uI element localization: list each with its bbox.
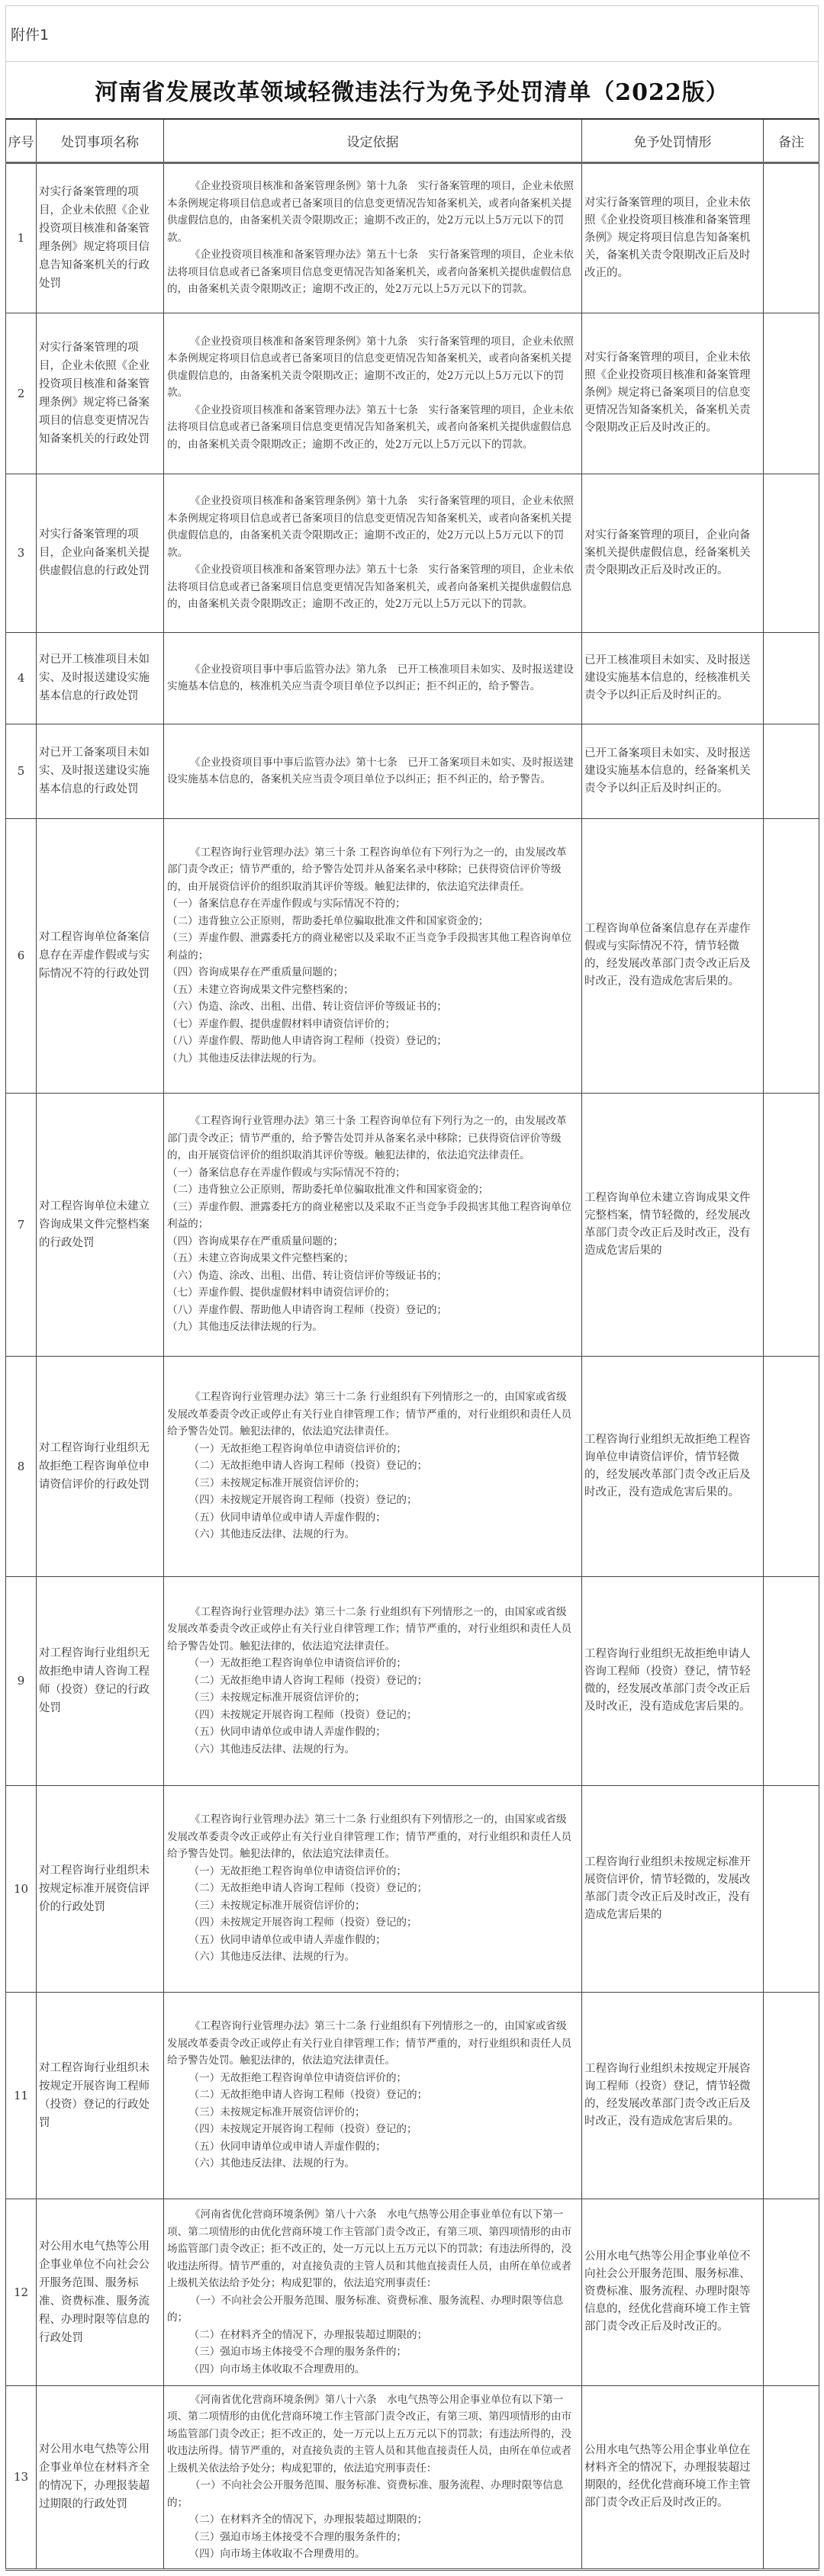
basis-item: （四）未按规定开展咨询工程师（投资）登记的； [167,2121,577,2138]
basis-paragraph: 《河南省优化营商环境条例》第八十六条 水电气热等公用企事业单位有以下第一项、第二… [167,2206,577,2292]
cell-seq: 8 [6,1356,37,1576]
cell-penalty-name: 对工程咨询行业组织未按规定标准开展资信评价的行政处罚 [37,1785,164,1992]
cell-penalty-name: 对工程咨询行业组织未按规定开展咨询工程师（投资）登记的行政处罚 [37,1992,164,2199]
cell-legal-basis: 《企业投资项目核准和备案管理条例》第十九条 实行备案管理的项目，企业未依照本条例… [164,313,582,474]
basis-item: （八）弄虚作假、帮助他人申请咨询工程师（投资）登记的； [167,1302,577,1319]
cell-seq: 11 [6,1992,37,2199]
basis-item: （七）弄虚作假、提供虚假材料申请资信评价的； [167,1284,577,1302]
cell-remark [764,2385,819,2569]
basis-item: （一）备案信息存在弄虚作假或与实际情况不符的； [167,895,577,913]
basis-item: （四）未按规定开展咨询工程师（投资）登记的； [167,1914,577,1932]
cell-legal-basis: 《企业投资项目事中事后监管办法》第九条 已开工核准项目未如实、及时报送建设实施基… [164,632,582,724]
cell-legal-basis: 《河南省优化营商环境条例》第八十六条 水电气热等公用企事业单位有以下第一项、第二… [164,2199,582,2385]
cell-penalty-name: 对工程咨询行业组织无故拒绝申请人咨询工程师（投资）登记的行政处罚 [37,1576,164,1785]
basis-paragraph: 《企业投资项目核准和备案管理办法》第五十七条 实行备案管理的项目，企业未依法将项… [167,246,577,298]
basis-item: （六）其他违反法律、法规的行为。 [167,1741,577,1759]
cell-penalty-name: 对工程咨询行业组织无故拒绝工程咨询单位申请资信评价的行政处罚 [37,1356,164,1576]
table-body: 1对实行备案管理的项目，企业未依照《企业投资项目核准和备案管理条例》规定将项目信… [6,162,819,2569]
document-title: 河南省发展改革领域轻微违法行为免予处罚清单（2022版） [5,62,819,118]
basis-item: （一）备案信息存在弄虚作假或与实际情况不符的； [167,1164,577,1182]
basis-item: （五）伙同申请单位或申请人弄虚作假的； [167,1509,577,1527]
cell-legal-basis: 《工程咨询行业管理办法》第三十条 工程咨询单位有下列行为之一的，由发展改革部门责… [164,1093,582,1356]
cell-exemption-condition: 工程咨询行业组织无故拒绝工程咨询单位申请资信评价，情节轻微的，经发展改革部门责令… [582,1356,764,1576]
basis-paragraph: 《企业投资项目核准和备案管理办法》第五十七条 实行备案管理的项目，企业未依法将项… [167,402,577,454]
cell-remark [764,2199,819,2385]
basis-item: （八）弄虚作假、帮助他人申请咨询工程师（投资）登记的； [167,1033,577,1050]
basis-item: （二）违背独立公正原则，帮助委托单位骗取批准文件和国家资金的； [167,1181,577,1199]
basis-paragraph: 《企业投资项目核准和备案管理条例》第十九条 实行备案管理的项目，企业未依照本条例… [167,178,577,246]
cell-seq: 12 [6,2199,37,2385]
cell-penalty-name: 对已开工备案项目未如实、及时报送建设实施基本信息的行政处罚 [37,724,164,818]
basis-item: （六）其他违反法律、法规的行为。 [167,1948,577,1966]
basis-paragraph: 《工程咨询行业管理办法》第三十二条 行业组织有下列情形之一的，由国家或省级发展改… [167,1389,577,1441]
basis-paragraph: 《工程咨询行业管理办法》第三十条 工程咨询单位有下列行为之一的，由发展改革部门责… [167,844,577,896]
basis-item: （四）咨询成果存在严重质量问题的； [167,1233,577,1251]
cell-seq: 7 [6,1093,37,1356]
basis-item: （六）伪造、涂改、出租、出借、转让资信评价等级证书的； [167,1267,577,1285]
cell-seq: 13 [6,2385,37,2569]
cell-seq: 2 [6,313,37,474]
cell-legal-basis: 《工程咨询行业管理办法》第三十二条 行业组织有下列情形之一的，由国家或省级发展改… [164,1356,582,1576]
cell-exemption-condition: 工程咨询单位未建立咨询成果文件完整档案，情节轻微的，经发展改革部门责令改正后及时… [582,1093,764,1356]
basis-item: （四）未按规定开展咨询工程师（投资）登记的； [167,1492,577,1509]
cell-legal-basis: 《工程咨询行业管理办法》第三十二条 行业组织有下列情形之一的，由国家或省级发展改… [164,1785,582,1992]
cell-seq: 3 [6,474,37,632]
cell-legal-basis: 《企业投资项目核准和备案管理条例》第十九条 实行备案管理的项目，企业未依照本条例… [164,474,582,632]
basis-item: （六）伪造、涂改、出租、出借、转让资信评价等级证书的； [167,998,577,1016]
basis-item: （一）不向社会公开服务范围、服务标准、资费标准、服务流程、办理时限等信息的； [167,2477,577,2511]
basis-item: （五）伙同申请单位或申请人弄虚作假的； [167,1932,577,1949]
cell-legal-basis: 《河南省优化营商环境条例》第八十六条 水电气热等公用企事业单位有以下第一项、第二… [164,2385,582,2569]
basis-item: （二）无故拒绝申请人咨询工程师（投资）登记的； [167,1457,577,1475]
basis-item: （三）未按规定标准开展资信评价的； [167,2104,577,2122]
cell-remark [764,313,819,474]
cell-remark [764,724,819,818]
cell-seq: 10 [6,1785,37,1992]
table-row: 7对工程咨询单位未建立咨询成果文件完整档案的行政处罚《工程咨询行业管理办法》第三… [6,1093,819,1356]
basis-item: （九）其他违反法律法规的行为。 [167,1319,577,1336]
basis-paragraph: 《企业投资项目核准和备案管理条例》第十九条 实行备案管理的项目，企业未依照本条例… [167,493,577,561]
cell-remark [764,632,819,724]
basis-item: （三）强迫市场主体接受不合理的服务条件的； [167,2343,577,2361]
table-header-row: 序号 处罚事项名称 设定依据 免予处罚情形 备注 [6,119,819,162]
header-name: 处罚事项名称 [37,119,164,162]
basis-item: （二）无故拒绝申请人咨询工程师（投资）登记的； [167,2086,577,2104]
header-basis: 设定依据 [164,119,582,162]
table-row: 5对已开工备案项目未如实、及时报送建设实施基本信息的行政处罚《企业投资项目事中事… [6,724,819,818]
cell-seq: 5 [6,724,37,818]
basis-item: （五）伙同申请单位或申请人弄虚作假的； [167,2138,577,2156]
basis-item: （四）咨询成果存在严重质量问题的； [167,964,577,981]
basis-item: （一）无故拒绝工程咨询单位申请资信评价的； [167,2070,577,2087]
table-row: 12对公用水电气热等公用企事业单位不向社会公开服务范围、服务标准、资费标准、服务… [6,2199,819,2385]
table-row: 8对工程咨询行业组织无故拒绝工程咨询单位申请资信评价的行政处罚《工程咨询行业管理… [6,1356,819,1576]
cell-exemption-condition: 工程咨询行业组织未按规定标准开展资信评价，情节轻微的，发展改革部门责令改正后及时… [582,1785,764,1992]
basis-item: （四）向市场主体收取不合理费用的。 [167,2545,577,2563]
exemption-table: 序号 处罚事项名称 设定依据 免予处罚情形 备注 1对实行备案管理的项目，企业未… [5,118,819,2571]
basis-item: （一）不向社会公开服务范围、服务标准、资费标准、服务流程、办理时限等信息的； [167,2292,577,2327]
cell-exemption-condition: 公用水电气热等公用企事业单位不向社会公开服务范围、服务标准、资费标准、服务流程、… [582,2199,764,2385]
basis-item: （四）向市场主体收取不合理费用的。 [167,2361,577,2378]
cell-penalty-name: 对工程咨询单位备案信息存在弄虚作假或与实际情况不符的行政处罚 [37,818,164,1093]
annex-label: 附件1 [5,5,819,62]
cell-legal-basis: 《工程咨询行业管理办法》第三十二条 行业组织有下列情形之一的，由国家或省级发展改… [164,1576,582,1785]
basis-item: （六）其他违反法律、法规的行为。 [167,2155,577,2173]
cell-penalty-name: 对已开工核准项目未如实、及时报送建设实施基本信息的行政处罚 [37,632,164,724]
cell-remark [764,474,819,632]
cell-penalty-name: 对实行备案管理的项目，企业未依照《企业投资项目核准和备案管理条例》规定将已备案项… [37,313,164,474]
basis-item: （五）伙同申请单位或申请人弄虚作假的； [167,1723,577,1741]
cell-seq: 4 [6,632,37,724]
cell-penalty-name: 对公用水电气热等公用企事业单位在材料齐全的情况下，办理报装超过期限的行政处罚 [37,2385,164,2569]
cell-remark [764,818,819,1093]
cell-remark [764,1576,819,1785]
basis-item: （六）其他违反法律、法规的行为。 [167,1526,577,1543]
cell-seq: 9 [6,1576,37,1785]
table-row: 3对实行备案管理的项目，企业向备案机关提供虚假信息的行政处罚《企业投资项目核准和… [6,474,819,632]
cell-remark [764,1992,819,2199]
basis-item: （三）未按规定标准开展资信评价的； [167,1475,577,1492]
cell-penalty-name: 对实行备案管理的项目，企业向备案机关提供虚假信息的行政处罚 [37,474,164,632]
basis-item: （五）未建立咨询成果文件完整档案的； [167,1250,577,1267]
cell-exemption-condition: 已开工核准项目未如实、及时报送建设实施基本信息的，经核准机关责令予以纠正后及时纠… [582,632,764,724]
basis-item: （九）其他违反法律法规的行为。 [167,1050,577,1068]
cell-seq: 6 [6,818,37,1093]
cell-remark [764,1356,819,1576]
cell-legal-basis: 《企业投资项目核准和备案管理条例》第十九条 实行备案管理的项目，企业未依照本条例… [164,162,582,313]
basis-item: （三）未按规定标准开展资信评价的； [167,1689,577,1707]
basis-item: （一）无故拒绝工程咨询单位申请资信评价的； [167,1441,577,1458]
table-row: 9对工程咨询行业组织无故拒绝申请人咨询工程师（投资）登记的行政处罚《工程咨询行业… [6,1576,819,1785]
cell-exemption-condition: 已开工备案项目未如实、及时报送建设实施基本信息的，经备案机关责令予以纠正后及时纠… [582,724,764,818]
header-exempt: 免予处罚情形 [582,119,764,162]
cell-penalty-name: 对公用水电气热等公用企事业单位不向社会公开服务范围、服务标准、资费标准、服务流程… [37,2199,164,2385]
basis-item: （二）无故拒绝申请人咨询工程师（投资）登记的； [167,1880,577,1897]
basis-paragraph: 《工程咨询行业管理办法》第三十二条 行业组织有下列情形之一的，由国家或省级发展改… [167,1604,577,1656]
basis-paragraph: 《工程咨询行业管理办法》第三十条 工程咨询单位有下列行为之一的，由发展改革部门责… [167,1113,577,1164]
basis-item: （二）在材料齐全的情况下，办理报装超过期限的； [167,2511,577,2529]
table-row: 10对工程咨询行业组织未按规定标准开展资信评价的行政处罚《工程咨询行业管理办法》… [6,1785,819,1992]
basis-item: （一）无故拒绝工程咨询单位申请资信评价的； [167,1863,577,1881]
basis-item: （三）弄虚作假、泄露委托方的商业秘密以及采取不正当竞争手段损害其他工程咨询单位利… [167,1199,577,1233]
cell-legal-basis: 《企业投资项目事中事后监管办法》第十七条 已开工备案项目未如实、及时报送建设实施… [164,724,582,818]
cell-legal-basis: 《工程咨询行业管理办法》第三十条 工程咨询单位有下列行为之一的，由发展改革部门责… [164,818,582,1093]
cell-seq: 1 [6,162,37,313]
basis-item: （二）违背独立公正原则，帮助委托单位骗取批准文件和国家资金的； [167,913,577,930]
cell-exemption-condition: 公用水电气热等公用企事业单位在材料齐全的情况下，办理报装超过期限的，经优化营商环… [582,2385,764,2569]
header-remark: 备注 [764,119,819,162]
cell-exemption-condition: 对实行备案管理的项目，企业向备案机关提供虚假信息，经备案机关责令限期改正后及时改… [582,474,764,632]
basis-paragraph: 《企业投资项目事中事后监管办法》第九条 已开工核准项目未如实、及时报送建设实施基… [167,661,577,695]
table-row: 6对工程咨询单位备案信息存在弄虚作假或与实际情况不符的行政处罚《工程咨询行业管理… [6,818,819,1093]
basis-item: （五）未建立咨询成果文件完整档案的； [167,981,577,999]
basis-paragraph: 《企业投资项目核准和备案管理办法》第五十七条 实行备案管理的项目，企业未依法将项… [167,561,577,613]
basis-paragraph: 《企业投资项目核准和备案管理条例》第十九条 实行备案管理的项目，企业未依照本条例… [167,333,577,402]
basis-item: （二）无故拒绝申请人咨询工程师（投资）登记的； [167,1672,577,1690]
cell-remark [764,1093,819,1356]
cell-exemption-condition: 工程咨询行业组织无故拒绝申请人咨询工程师（投资）登记，情节轻微的，经发展改革部门… [582,1576,764,1785]
cell-remark [764,162,819,313]
basis-item: （七）弄虚作假、提供虚假材料申请资信评价的； [167,1016,577,1033]
basis-paragraph: 《河南省优化营商环境条例》第八十六条 水电气热等公用企事业单位有以下第一项、第二… [167,2391,577,2478]
cell-exemption-condition: 工程咨询行业组织未按规定开展咨询工程师（投资）登记，情节轻微的，经发展改革部门责… [582,1992,764,2199]
basis-item: （四）未按规定开展咨询工程师（投资）登记的； [167,1707,577,1724]
table-row: 4对已开工核准项目未如实、及时报送建设实施基本信息的行政处罚《企业投资项目事中事… [6,632,819,724]
table-row: 13对公用水电气热等公用企事业单位在材料齐全的情况下，办理报装超过期限的行政处罚… [6,2385,819,2569]
header-seq: 序号 [6,119,37,162]
table-row: 11对工程咨询行业组织未按规定开展咨询工程师（投资）登记的行政处罚《工程咨询行业… [6,1992,819,2199]
cell-exemption-condition: 工程咨询单位备案信息存在弄虚作假或与实际情况不符，情节轻微的，经发展改革部门责令… [582,818,764,1093]
cell-exemption-condition: 对实行备案管理的项目，企业未依照《企业投资项目核准和备案管理条例》规定将项目信息… [582,162,764,313]
basis-item: （三）弄虚作假、泄露委托方的商业秘密以及采取不正当竞争手段损害其他工程咨询单位利… [167,930,577,964]
basis-item: （一）无故拒绝工程咨询单位申请资信评价的； [167,1655,577,1672]
table-row: 1对实行备案管理的项目，企业未依照《企业投资项目核准和备案管理条例》规定将项目信… [6,162,819,313]
document-sheet: 附件1 河南省发展改革领域轻微违法行为免予处罚清单（2022版） 序号 处罚事项… [5,5,819,2571]
basis-paragraph: 《工程咨询行业管理办法》第三十二条 行业组织有下列情形之一的，由国家或省级发展改… [167,1811,577,1863]
basis-item: （二）在材料齐全的情况下，办理报装超过期限的； [167,2327,577,2344]
cell-penalty-name: 对实行备案管理的项目，企业未依照《企业投资项目核准和备案管理条例》规定将项目信息… [37,162,164,313]
basis-paragraph: 《工程咨询行业管理办法》第三十二条 行业组织有下列情形之一的，由国家或省级发展改… [167,2018,577,2070]
cell-legal-basis: 《工程咨询行业管理办法》第三十二条 行业组织有下列情形之一的，由国家或省级发展改… [164,1992,582,2199]
cell-penalty-name: 对工程咨询单位未建立咨询成果文件完整档案的行政处罚 [37,1093,164,1356]
table-row: 2对实行备案管理的项目，企业未依照《企业投资项目核准和备案管理条例》规定将已备案… [6,313,819,474]
cell-remark [764,1785,819,1992]
basis-item: （三）未按规定标准开展资信评价的； [167,1897,577,1915]
basis-item: （三）强迫市场主体接受不合理的服务条件的； [167,2529,577,2546]
cell-exemption-condition: 对实行备案管理的项目，企业未依照《企业投资项目核准和备案管理条例》规定将已备案项… [582,313,764,474]
basis-paragraph: 《企业投资项目事中事后监管办法》第十七条 已开工备案项目未如实、及时报送建设实施… [167,754,577,789]
